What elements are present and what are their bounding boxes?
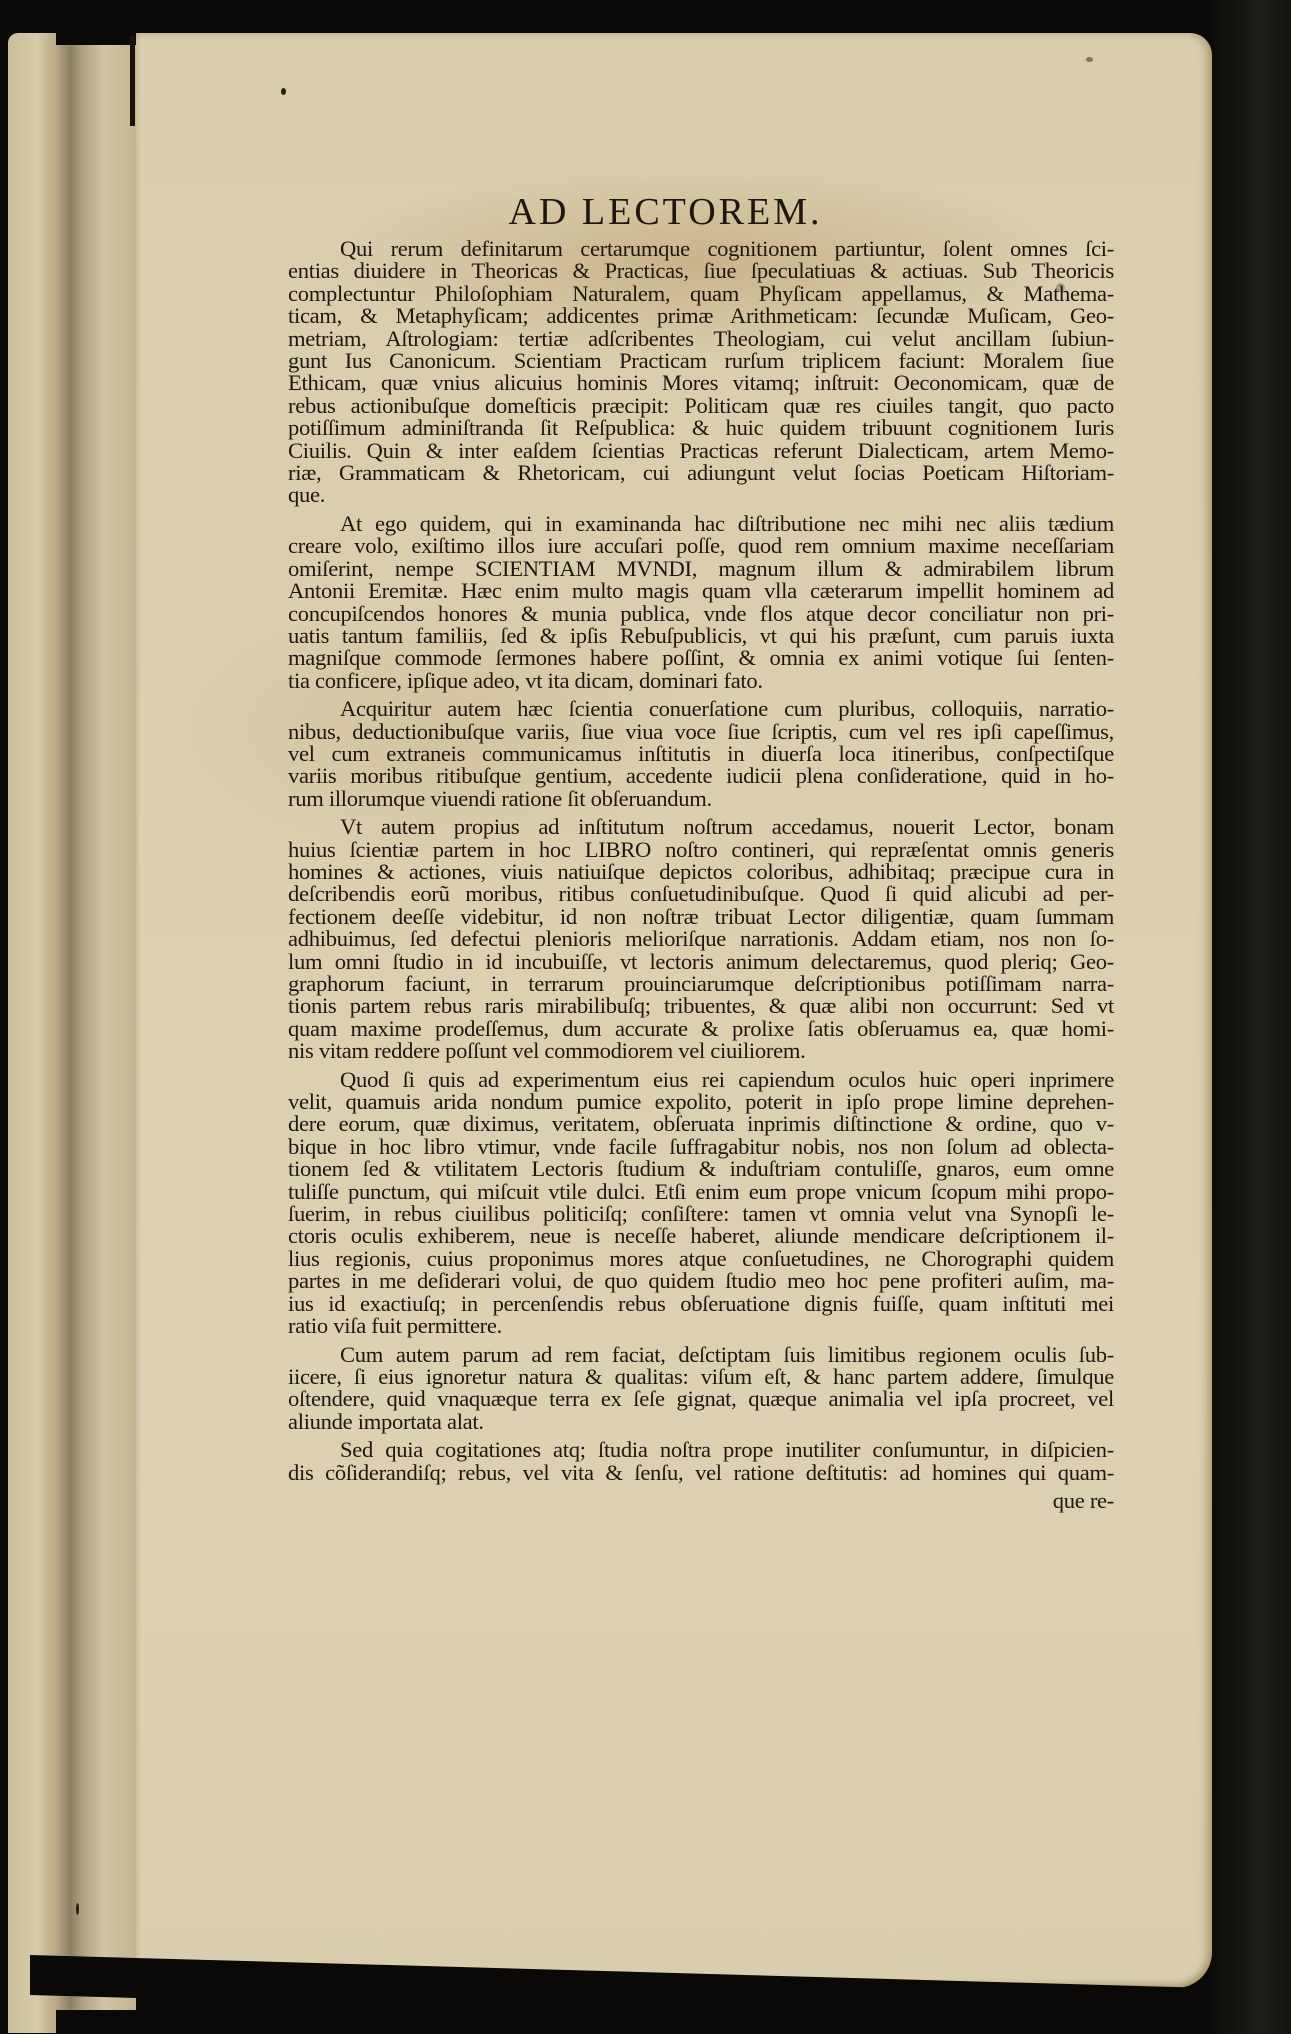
paragraph-3: Acquiritur autem hæc ſcientia conuerſati… bbox=[288, 698, 1114, 810]
text-line: vel cum extraneis communicamus inſtituti… bbox=[288, 743, 1114, 765]
binding-gutter bbox=[56, 45, 136, 2010]
text-line: oſtendere, quid vnaquæque terra ex ſeſe … bbox=[288, 1388, 1114, 1410]
text-line: At ego quidem, qui in examinanda hac diſ… bbox=[288, 513, 1114, 535]
text-line: Acquiritur autem hæc ſcientia conuerſati… bbox=[288, 698, 1114, 720]
ink-speck bbox=[1086, 57, 1093, 62]
paragraph-5: Quod ſi quis ad experimentum eius rei ca… bbox=[288, 1069, 1114, 1338]
text-line: partes in me deſiderari volui, de quo qu… bbox=[288, 1270, 1114, 1292]
facing-page-edge bbox=[8, 33, 56, 2033]
text-line: nis vitam reddere poſſunt vel commodiore… bbox=[288, 1040, 1114, 1062]
text-line: concupiſcendos honores & munia publica, … bbox=[288, 603, 1114, 625]
text-line: bique in hoc libro vtimur, vnde facile ſ… bbox=[288, 1136, 1114, 1158]
text-line: fectionem deeſſe videbitur, id non noſtr… bbox=[288, 906, 1114, 928]
text-line: iicere, ſi eius ignoretur natura & quali… bbox=[288, 1366, 1114, 1388]
catchword: que re- bbox=[288, 1490, 1114, 1512]
text-line: Quod ſi quis ad experimentum eius rei ca… bbox=[288, 1069, 1114, 1091]
text-line: potiſſimum adminiſtranda ſit Reſpublica:… bbox=[288, 417, 1114, 439]
text-line: lum omni ſtudio in id incubuiſſe, vt lec… bbox=[288, 951, 1114, 973]
gutter-crease bbox=[130, 36, 135, 126]
text-line: aliunde importata alat. bbox=[288, 1411, 1114, 1433]
text-line: tia conficere, ipſique adeo, vt ita dica… bbox=[288, 670, 1114, 692]
paragraph-1: Qui rerum definitarum certarumque cognit… bbox=[288, 238, 1114, 507]
text-line: gunt Ius Canonicum. Scientiam Practicam … bbox=[288, 350, 1114, 372]
text-line: variis moribus ritibuſque gentium, acced… bbox=[288, 765, 1114, 787]
text-line: quam maxime prodeſſemus, dum accurate & … bbox=[288, 1018, 1114, 1040]
text-line: ratio viſa fuit permittere. bbox=[288, 1315, 1114, 1337]
paragraph-6: Cum autem parum ad rem faciat, deſctipta… bbox=[288, 1344, 1114, 1434]
text-line: rebus actionibuſque domeſticis præcipit:… bbox=[288, 395, 1114, 417]
text-line: velit, quamuis arida nondum pumice expol… bbox=[288, 1091, 1114, 1113]
text-line: ctoris oculis exhiberem, neue is neceſſe… bbox=[288, 1225, 1114, 1247]
text-line: Ciuilis. Quin & inter eaſdem ſcientias P… bbox=[288, 440, 1114, 462]
text-line: Cum autem parum ad rem faciat, deſctipta… bbox=[288, 1344, 1114, 1366]
text-line: huius ſcientiæ partem in hoc LIBRO noſtr… bbox=[288, 839, 1114, 861]
text-line: lius regionis, cuius proponimus mores at… bbox=[288, 1248, 1114, 1270]
text-line: riæ, Grammaticam & Rhetoricam, cui adiun… bbox=[288, 462, 1114, 484]
text-line: omiſerint, nempe SCIENTIAM MVNDI, magnum… bbox=[288, 558, 1114, 580]
text-line: dis cõſiderandiſq; rebus, vel vita & ſen… bbox=[288, 1462, 1114, 1484]
text-line: ius id exactiuſq; in percenſendis rebus … bbox=[288, 1293, 1114, 1315]
scan-backdrop bbox=[1212, 0, 1291, 2034]
text-line: creare volo, exiſtimo illos iure accuſar… bbox=[288, 535, 1114, 557]
ink-speck bbox=[76, 1903, 79, 1915]
paragraph-4: Vt autem propius ad inſtitutum noſtrum a… bbox=[288, 816, 1114, 1062]
text-line: rum illorumque viuendi ratione ſit obſer… bbox=[288, 788, 1114, 810]
text-line: Vt autem propius ad inſtitutum noſtrum a… bbox=[288, 816, 1114, 838]
text-line: magniſque commode ſermones habere poſſin… bbox=[288, 647, 1114, 669]
text-line: Antonii Eremitæ. Hæc enim multo magis qu… bbox=[288, 580, 1114, 602]
text-line: metriam, Aſtrologiam: tertiæ adſcribente… bbox=[288, 328, 1114, 350]
text-line: tionis partem rebus raris mirabilibuſq; … bbox=[288, 995, 1114, 1017]
text-line: deſcribendis eorũ moribus, ritibus conſu… bbox=[288, 883, 1114, 905]
ink-speck bbox=[281, 88, 286, 95]
text-line: homines & actiones, viuis natiuiſque dep… bbox=[288, 861, 1114, 883]
text-line: Ethicam, quæ vnius alicuius hominis More… bbox=[288, 372, 1114, 394]
text-line: dere eorum, quæ diximus, veritatem, obſe… bbox=[288, 1113, 1114, 1135]
text-line: Qui rerum definitarum certarumque cognit… bbox=[288, 238, 1114, 260]
paragraph-7: Sed quia cogitationes atq; ſtudia noſtra… bbox=[288, 1439, 1114, 1484]
text-line: tuliſſe punctum, qui miſcuit vtile dulci… bbox=[288, 1181, 1114, 1203]
paragraph-2: At ego quidem, qui in examinanda hac diſ… bbox=[288, 513, 1114, 692]
body-text: Qui rerum definitarum certarumque cognit… bbox=[288, 238, 1114, 1512]
text-line: ticam, & Metaphyſicam; addicentes primæ … bbox=[288, 305, 1114, 327]
page-title: AD LECTOREM. bbox=[0, 190, 1291, 234]
text-line: complectuntur Philoſophiam Naturalem, qu… bbox=[288, 283, 1114, 305]
text-line: entias diuidere in Theoricas & Practicas… bbox=[288, 260, 1114, 282]
text-line: ſuerim, in rebus ciuilibus politiciſq; c… bbox=[288, 1203, 1114, 1225]
text-line: nibus, deductionibuſque variis, ſiue viu… bbox=[288, 721, 1114, 743]
text-line: graphorum faciunt, in terrarum prouincia… bbox=[288, 973, 1114, 995]
text-line: tionem ſed & vtilitatem Lectoris ſtudium… bbox=[288, 1158, 1114, 1180]
text-line: uatis tantum familiis, ſed & ipſis Rebuſ… bbox=[288, 625, 1114, 647]
text-line: Sed quia cogitationes atq; ſtudia noſtra… bbox=[288, 1439, 1114, 1461]
text-line: que. bbox=[288, 484, 1114, 506]
text-line: adhibuimus, ſed defectui plenioris melio… bbox=[288, 928, 1114, 950]
